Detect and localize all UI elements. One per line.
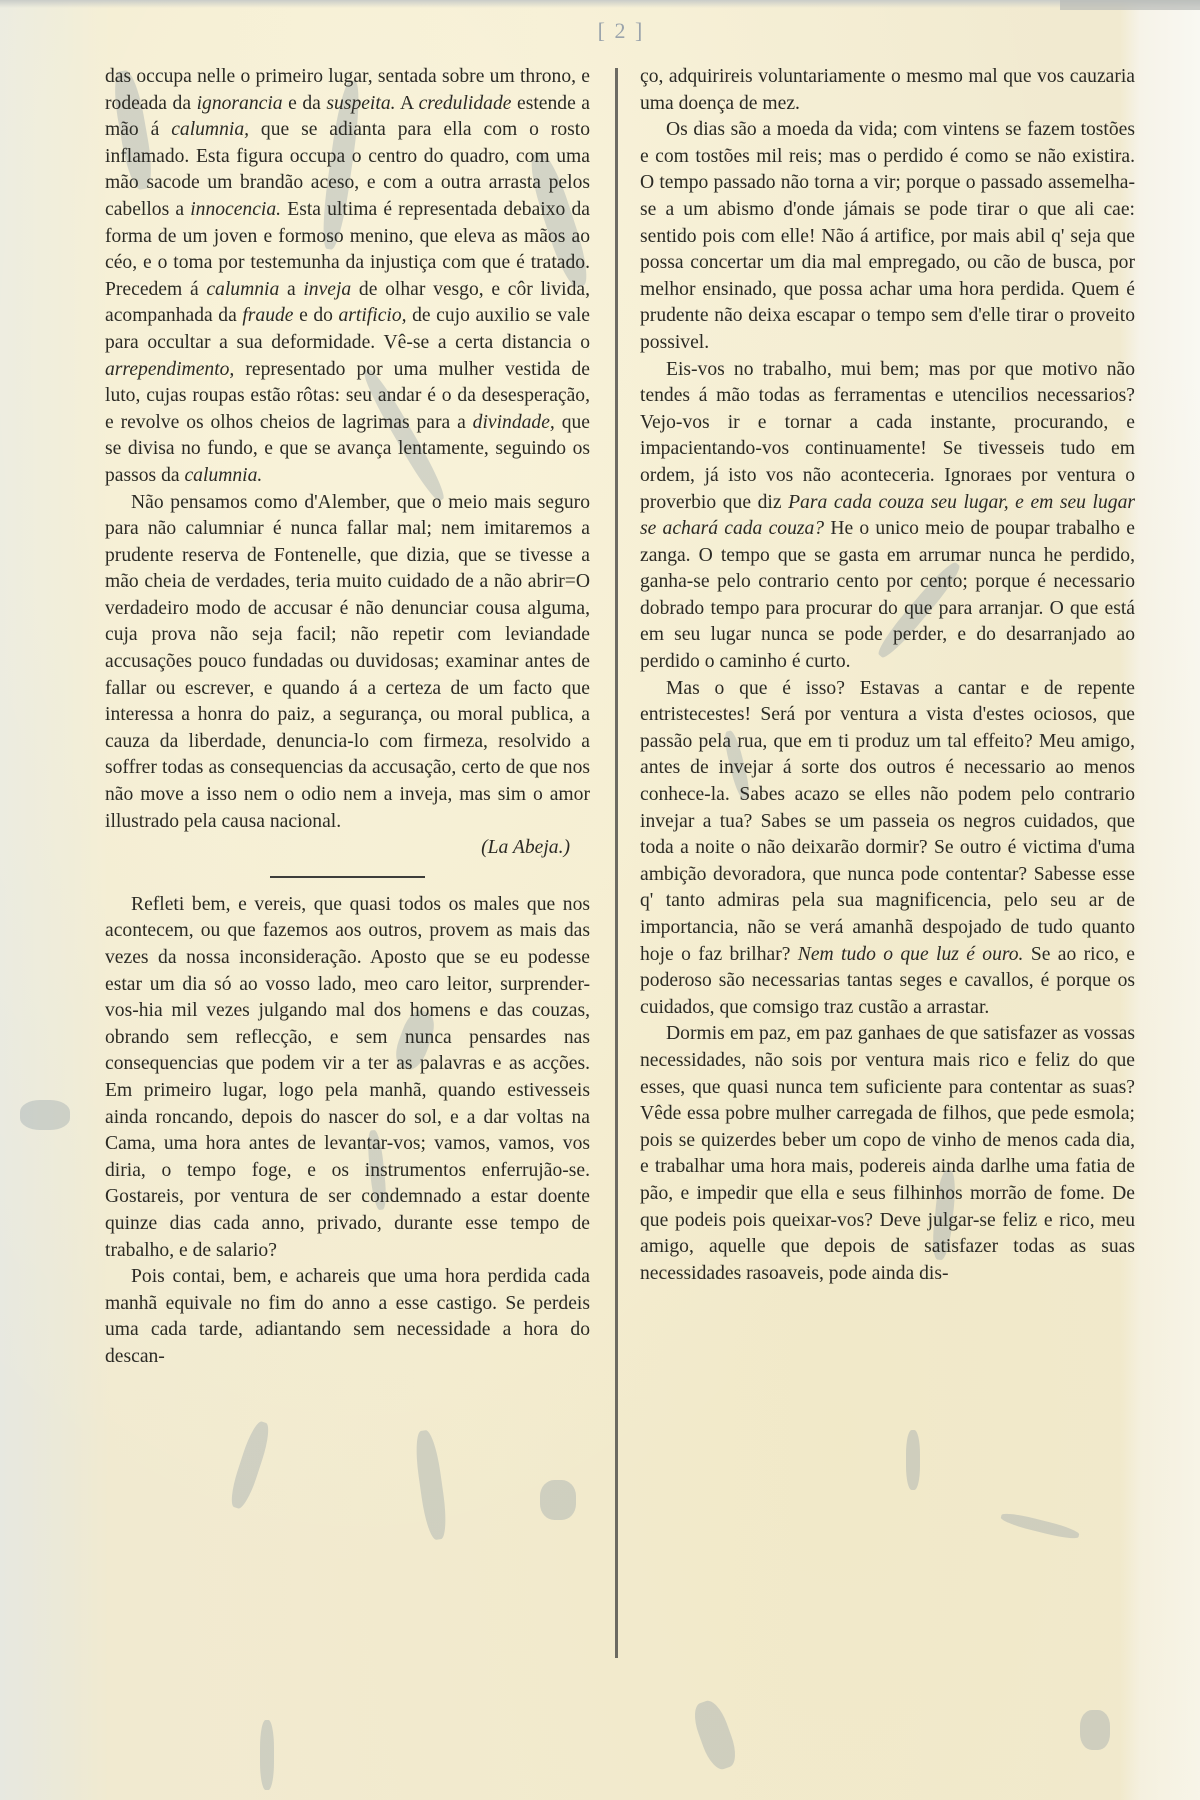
article-paragraph: Os dias são a moeda da vida; com vintens…	[640, 117, 1135, 356]
italic-text: suspeita.	[326, 93, 395, 114]
text-run: Dormis em paz, em paz ganhaes de que sat…	[640, 1023, 1135, 1283]
newspaper-page: [ 2 ] das occupa nelle o primeiro lugar,…	[0, 0, 1200, 1800]
water-stain	[260, 1720, 274, 1790]
italic-text: calumnia,	[171, 119, 249, 140]
article-paragraph: Refleti bem, e vereis, que quasi todos o…	[105, 892, 590, 1264]
italic-text: credulidade	[419, 93, 512, 114]
text-run: Eis-vos no trabalho, mui bem; mas por qu…	[640, 359, 1135, 513]
italic-text: Nem tudo o que luz é ouro.	[798, 944, 1024, 965]
article-paragraph: Dormis em paz, em paz ganhaes de que sat…	[640, 1021, 1135, 1287]
italic-text: inveja	[303, 279, 351, 300]
italic-text: divindade,	[473, 412, 555, 433]
article-paragraph: Eis-vos no trabalho, mui bem; mas por qu…	[640, 357, 1135, 676]
page-torn-corner	[1060, 0, 1200, 10]
article-paragraph: das occupa nelle o primeiro lugar, senta…	[105, 64, 590, 490]
attribution-source: (La Abeja.)	[481, 835, 590, 862]
water-stain	[906, 1430, 920, 1490]
water-stain	[412, 1429, 449, 1541]
article-paragraph: Não pensamos como d'Alember, que o meio …	[105, 490, 590, 836]
water-stain	[1000, 1511, 1081, 1542]
text-run: e da	[283, 93, 327, 114]
italic-text: fraude	[242, 305, 293, 326]
water-stain	[689, 1697, 741, 1773]
text-run: a	[279, 279, 303, 300]
page-number: [ 2 ]	[586, 18, 656, 44]
text-run: ço, adquirireis voluntariamente o mesmo …	[640, 66, 1135, 114]
text-run: Pois contai, bem, e achareis que uma hor…	[105, 1266, 590, 1367]
text-run: He o unico meio de poupar trabalho e zan…	[640, 518, 1135, 672]
text-run: Refleti bem, e vereis, que quasi todos o…	[105, 894, 590, 1261]
water-stain	[20, 1100, 70, 1130]
water-stain	[1080, 1710, 1110, 1750]
text-run: e do	[294, 305, 339, 326]
italic-text: arrependimento,	[105, 359, 234, 380]
text-run: Não pensamos como d'Alember, que o meio …	[105, 492, 590, 832]
text-run: A	[396, 93, 419, 114]
text-run: Mas o que é isso? Estavas a cantar e de …	[640, 678, 1135, 965]
right-column: ço, adquirireis voluntariamente o mesmo …	[640, 64, 1135, 1287]
column-divider	[615, 68, 618, 1658]
article-paragraph: Pois contai, bem, e achareis que uma hor…	[105, 1264, 590, 1370]
italic-text: artificio,	[339, 305, 407, 326]
left-column: das occupa nelle o primeiro lugar, senta…	[105, 64, 590, 1371]
page-top-edge	[0, 0, 1200, 8]
water-stain	[227, 1419, 274, 1511]
water-stain	[540, 1480, 576, 1520]
italic-text: innocencia.	[190, 199, 281, 220]
text-run: Os dias são a moeda da vida; com vintens…	[640, 119, 1135, 353]
article-paragraph: Mas o que é isso? Estavas a cantar e de …	[640, 676, 1135, 1022]
italic-text: ignorancia	[197, 93, 283, 114]
italic-text: calumnia.	[184, 465, 262, 486]
section-separator-rule	[270, 876, 425, 878]
article-attribution: (La Abeja.)	[105, 835, 590, 862]
article-paragraph: ço, adquirireis voluntariamente o mesmo …	[640, 64, 1135, 117]
italic-text: calumnia	[206, 279, 279, 300]
